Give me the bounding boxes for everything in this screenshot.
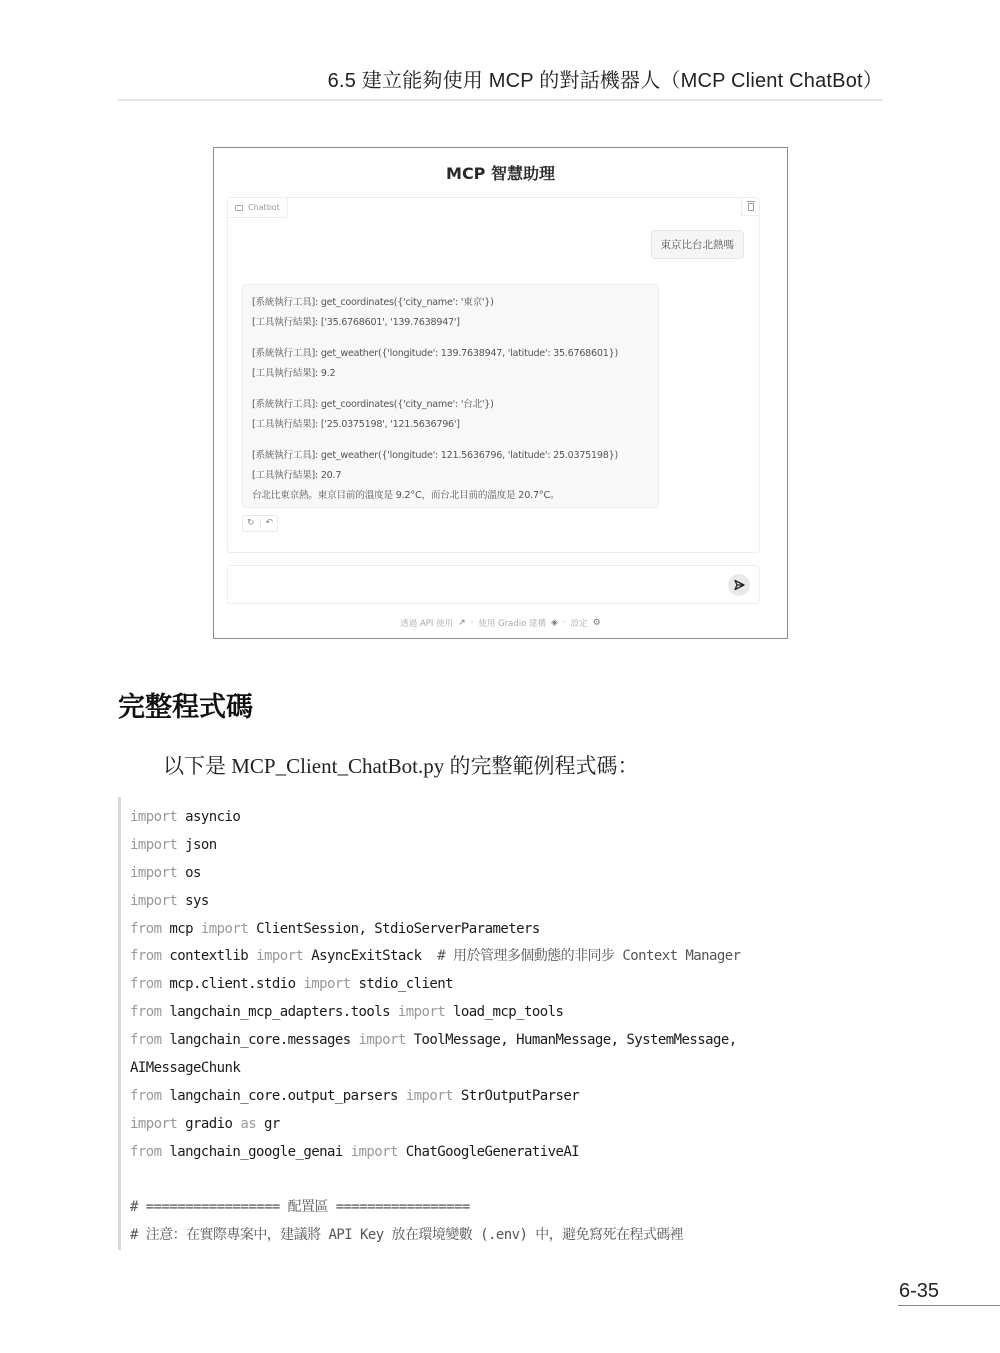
code-line: from mcp import ClientSession, StdioServ…: [130, 916, 883, 944]
intro-paragraph: 以下是 MCP_Client_ChatBot.py 的完整範例程式碼：: [163, 750, 638, 780]
code-text: langchain_core.output_parsers: [162, 1088, 406, 1104]
tool-result-line: [工具執行結果]: 20.7: [252, 466, 649, 486]
page-number-rule: [898, 1305, 1000, 1306]
api-link[interactable]: 透過 API 使用: [400, 617, 453, 629]
code-keyword: from: [130, 1144, 162, 1160]
gradio-footer: 透過 API 使用 ↗ · 使用 Gradio 建構 ◈ · 設定 ⚙: [214, 617, 787, 629]
tool-call-block: [系統執行工具]: get_coordinates({'city_name': …: [252, 395, 649, 435]
page-number: 6-35: [899, 1280, 939, 1303]
code-keyword: from: [130, 921, 162, 937]
tool-call-line: [系統執行工具]: get_coordinates({'city_name': …: [252, 293, 649, 313]
section-title: 完整程式碼: [118, 685, 253, 724]
gradio-link[interactable]: 使用 Gradio 建構: [478, 617, 546, 629]
message-actions: ↻ ↶: [242, 515, 278, 532]
code-comment: # 注意：在實際專案中，建議將 API Key 放在環境變數 (.env) 中，…: [130, 1227, 683, 1243]
chatbot-label: Chatbot: [228, 198, 288, 218]
code-keyword: from: [130, 1032, 162, 1048]
code-text: langchain_mcp_adapters.tools: [162, 1004, 398, 1020]
code-text: json: [177, 837, 216, 853]
code-keyword: import: [130, 865, 177, 881]
code-keyword: import: [398, 1004, 445, 1020]
code-text: AIMessageChunk: [130, 1060, 240, 1076]
code-line: import json: [130, 832, 883, 860]
chatbot-label-text: Chatbot: [248, 203, 280, 212]
bot-message: [系統執行工具]: get_coordinates({'city_name': …: [242, 284, 659, 508]
code-keyword: import: [130, 893, 177, 909]
code-keyword: import: [130, 809, 177, 825]
code-keyword: as: [240, 1116, 256, 1132]
footer-separator: ·: [563, 618, 566, 628]
code-comment: # ================= 配置區 ================…: [130, 1199, 470, 1215]
code-comment: # 用於管理多個動態的非同步 Context Manager: [437, 948, 740, 964]
send-button[interactable]: [728, 574, 750, 596]
code-text: ClientSession, StdioServerParameters: [248, 921, 540, 937]
tool-call-block: [系統執行工具]: get_weather({'longitude': 139.…: [252, 344, 649, 384]
code-text: os: [177, 865, 201, 881]
code-keyword: from: [130, 1088, 162, 1104]
code-text: AsyncExitStack: [303, 948, 437, 964]
tool-call-block: [系統執行工具]: get_weather({'longitude': 121.…: [252, 446, 649, 486]
header-divider: [118, 99, 883, 101]
footer-separator: ·: [471, 618, 474, 628]
clear-chat-button[interactable]: [741, 198, 759, 216]
code-line: AIMessageChunk: [130, 1055, 883, 1083]
chatbot-screenshot: MCP 智慧助理 Chatbot 東京比台北熱嗎 [系統執行工具]: get_c…: [213, 147, 788, 639]
code-line: import sys: [130, 888, 883, 916]
code-keyword: import: [201, 921, 248, 937]
code-line: import os: [130, 860, 883, 888]
code-line: from langchain_core.messages import Tool…: [130, 1027, 883, 1055]
code-text: ChatGoogleGenerativeAI: [398, 1144, 579, 1160]
code-line: from contextlib import AsyncExitStack # …: [130, 943, 883, 971]
code-keyword: from: [130, 976, 162, 992]
tool-call-line: [系統執行工具]: get_weather({'longitude': 139.…: [252, 344, 649, 364]
code-keyword: from: [130, 948, 162, 964]
code-line: import asyncio: [130, 804, 883, 832]
settings-link[interactable]: 設定: [571, 617, 588, 629]
final-answer: 台北比東京熱。東京目前的溫度是 9.2°C，而台北目前的溫度是 20.7°C。: [252, 486, 649, 506]
running-header: 6.5 建立能夠使用 MCP 的對話機器人（MCP Client ChatBot…: [118, 64, 883, 93]
tool-result-line: [工具執行結果]: ['35.6768601', '139.7638947']: [252, 313, 649, 333]
code-text: gradio: [177, 1116, 240, 1132]
code-keyword: from: [130, 1004, 162, 1020]
code-line: from langchain_core.output_parsers impor…: [130, 1083, 883, 1111]
code-line: from mcp.client.stdio import stdio_clien…: [130, 971, 883, 999]
rocket-icon: ↗: [458, 618, 466, 628]
retry-icon[interactable]: ↻: [247, 516, 255, 531]
code-keyword: import: [406, 1088, 453, 1104]
code-text: gr: [256, 1116, 280, 1132]
code-text: load_mcp_tools: [445, 1004, 563, 1020]
code-text: ToolMessage, HumanMessage, SystemMessage…: [406, 1032, 737, 1048]
code-line: from langchain_mcp_adapters.tools import…: [130, 999, 883, 1027]
code-listing: import asyncioimport jsonimport osimport…: [118, 797, 883, 1250]
code-keyword: import: [130, 1116, 177, 1132]
send-icon: [733, 579, 745, 591]
trash-icon: [748, 203, 754, 211]
app-title: MCP 智慧助理: [214, 161, 787, 184]
code-keyword: import: [351, 1144, 398, 1160]
action-divider: [260, 519, 261, 528]
code-keyword: import: [358, 1032, 405, 1048]
code-text: langchain_google_genai: [162, 1144, 351, 1160]
code-text: stdio_client: [351, 976, 453, 992]
code-text: contextlib: [162, 948, 257, 964]
tool-result-line: [工具執行結果]: ['25.0375198', '121.5636796']: [252, 415, 649, 435]
tool-call-line: [系統執行工具]: get_weather({'longitude': 121.…: [252, 446, 649, 466]
code-text: asyncio: [177, 809, 240, 825]
code-keyword: import: [130, 837, 177, 853]
code-line: # ================= 配置區 ================…: [130, 1194, 883, 1222]
gear-icon: ⚙: [593, 618, 601, 628]
code-line: import gradio as gr: [130, 1111, 883, 1139]
code-line: [130, 1167, 883, 1195]
code-text: StrOutputParser: [453, 1088, 579, 1104]
code-text: mcp: [162, 921, 201, 937]
undo-icon[interactable]: ↶: [266, 516, 274, 531]
chatbot-panel: Chatbot 東京比台北熱嗎 [系統執行工具]: get_coordinate…: [227, 197, 760, 553]
tool-result-line: [工具執行結果]: 9.2: [252, 364, 649, 384]
tool-call-block: [系統執行工具]: get_coordinates({'city_name': …: [252, 293, 649, 333]
user-message: 東京比台北熱嗎: [651, 230, 745, 259]
code-text: sys: [177, 893, 209, 909]
code-keyword: import: [256, 948, 303, 964]
chat-bubble-icon: [235, 205, 243, 211]
gradio-logo-icon: ◈: [551, 618, 558, 628]
message-input[interactable]: [227, 565, 760, 604]
code-line: # 注意：在實際專案中，建議將 API Key 放在環境變數 (.env) 中，…: [130, 1222, 883, 1250]
code-line: from langchain_google_genai import ChatG…: [130, 1139, 883, 1167]
code-text: langchain_core.messages: [162, 1032, 359, 1048]
code-keyword: import: [303, 976, 350, 992]
code-text: mcp.client.stdio: [162, 976, 304, 992]
tool-call-line: [系統執行工具]: get_coordinates({'city_name': …: [252, 395, 649, 415]
